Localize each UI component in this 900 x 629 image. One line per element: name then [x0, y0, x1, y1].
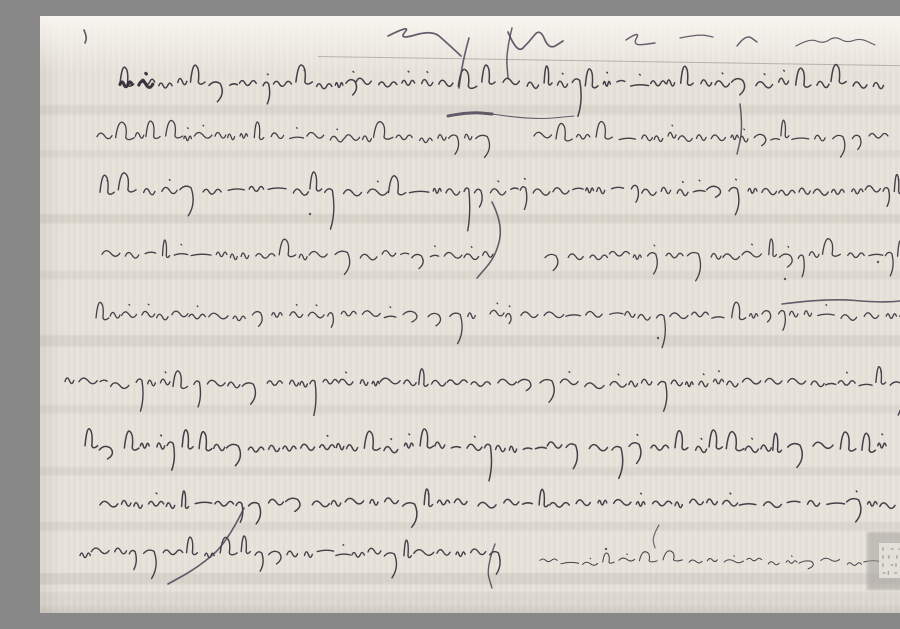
- line-4: [102, 239, 900, 281]
- handwriting-layer: [40, 16, 900, 613]
- top-scribble-z: [626, 34, 655, 44]
- tall-ascender-1: [459, 38, 469, 88]
- line-7: [85, 429, 886, 481]
- line-8: [100, 489, 895, 527]
- manuscript-scan: Scanned page of a handwritten Tibetan le…: [40, 16, 900, 613]
- signature-paren: [653, 525, 659, 548]
- ink-specks: [309, 213, 879, 550]
- line-2: [97, 120, 888, 157]
- line-1: [120, 65, 883, 117]
- line-5: [96, 299, 900, 347]
- top-dashes: [680, 35, 713, 38]
- top-scribble-left: [388, 29, 461, 56]
- interline-bold-dash: [448, 113, 492, 116]
- mid-descender-hook: [488, 544, 495, 588]
- line-5-flat-run: [782, 299, 900, 304]
- ink-seal: [867, 532, 900, 590]
- top-curl: [737, 37, 757, 46]
- margin-tick: [84, 30, 86, 43]
- long-descender-line-8: [168, 508, 244, 584]
- signature-line: [540, 551, 880, 569]
- flourish-strokes: [84, 28, 900, 588]
- top-scribble-mid: [508, 32, 563, 49]
- top-word: [796, 38, 875, 46]
- hook-below-line-3: [477, 202, 500, 278]
- line-1-bold-start: [120, 73, 153, 87]
- line-9: [80, 536, 500, 578]
- interline-thin-tail: [492, 114, 574, 119]
- line-6: [65, 367, 900, 416]
- descender-below-line-1: [737, 104, 742, 154]
